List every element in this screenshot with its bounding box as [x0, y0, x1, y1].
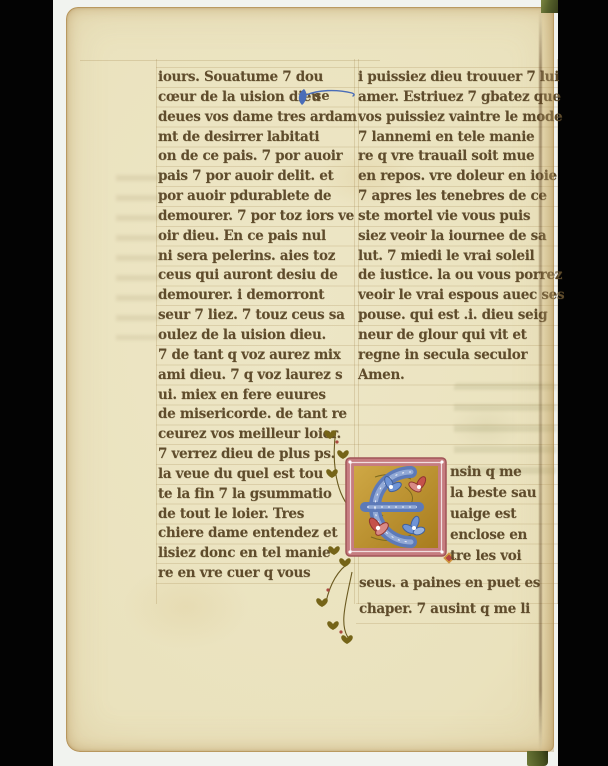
manuscript-page: iours. Souatume 7 doucœur de la uision d… — [66, 7, 554, 752]
text-line: oir dieu. En ce pais nul — [158, 227, 356, 247]
ruling-vertical — [156, 59, 157, 604]
ruling-top-line — [80, 60, 380, 61]
text-line: vos puissiez vaintre le mode — [358, 108, 560, 128]
text-line: siez veoir la iournee de sa — [358, 227, 560, 247]
text-line: iours. Souatume 7 dou — [158, 68, 356, 88]
fore-edge-sliver — [542, 7, 554, 752]
text-line: ni sera pelerins. aies toz — [158, 247, 356, 267]
right-text-column: i puissiez dieu trouuer 7 luiamer. Estri… — [358, 68, 560, 386]
text-line: Amen. — [358, 366, 560, 386]
text-line: ui. miex en fere euures — [158, 386, 356, 406]
initial-wrapped-text: nsin q mela beste sauuaige estenclose en… — [450, 462, 536, 567]
text-line: pouse. qui est .i. dieu seig — [358, 306, 560, 326]
text-line: tre les voi — [450, 546, 536, 567]
text-line: i puissiez dieu trouuer 7 lui — [358, 68, 560, 88]
text-line: lut. 7 miedi le vrai soleil — [358, 247, 560, 267]
text-line: on de ce pais. 7 por auoir — [158, 147, 356, 167]
text-line: uaige est — [450, 504, 536, 525]
text-line: neur de glour qui vit et — [358, 326, 560, 346]
catch-letters: se — [314, 89, 330, 104]
text-line: veoir le vrai espous auec ses — [358, 286, 560, 306]
text-line: regne in secula seculor — [358, 346, 560, 366]
illuminated-initial — [345, 457, 447, 557]
text-line: nsin q me — [450, 462, 536, 483]
text-line: ceus qui auront desiu de — [158, 266, 356, 286]
text-line: ami dieu. 7 q voz laurez s — [158, 366, 356, 386]
text-line: amer. Estriuez 7 gbatez que — [358, 88, 560, 108]
text-line: seus. a paines en puet es — [359, 571, 540, 597]
text-line: la beste sau — [450, 483, 536, 504]
text-line: demourer. i demorront — [158, 286, 356, 306]
scan-background: iours. Souatume 7 doucœur de la uision d… — [0, 0, 608, 766]
text-line: mt de desirrer labitati — [158, 128, 356, 148]
text-line: por auoir pdurablete de — [158, 187, 356, 207]
text-line: deues vos dame tres ardam — [158, 108, 356, 128]
text-line: 7 de tant q voz aurez mix — [158, 346, 356, 366]
text-line: seur 7 liez. 7 touz ceus sa — [158, 306, 356, 326]
text-line: de iustice. la ou vous porrez — [358, 266, 560, 286]
text-line: demourer. 7 por toz iors ve — [158, 207, 356, 227]
initial-fullwidth-text: seus. a paines en puet eschaper. 7 ausin… — [359, 571, 540, 622]
binding-edge-top — [541, 0, 558, 13]
text-line: pais 7 por auoir delit. et — [158, 167, 356, 187]
text-line: oulez de la uision dieu. — [158, 326, 356, 346]
text-line: 7 lannemi en tele manie — [358, 128, 560, 148]
bleedthrough-text-left — [116, 175, 160, 340]
text-line: re q vre trauail soit mue — [358, 147, 560, 167]
text-line: 7 apres les tenebres de ce — [358, 187, 560, 207]
text-line: ste mortel vie vous puis — [358, 207, 560, 227]
text-line: en repos. vre doleur en ioie — [358, 167, 560, 187]
text-line: enclose en — [450, 525, 536, 546]
binding-edge-bottom — [527, 751, 548, 766]
text-line: chaper. 7 ausint q me li — [359, 597, 540, 623]
